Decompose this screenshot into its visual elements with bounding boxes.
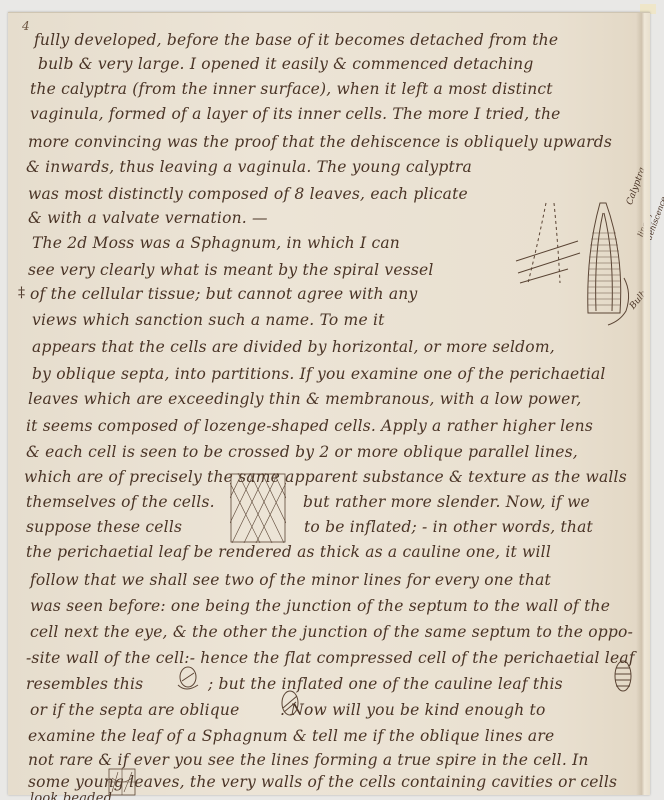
text-line-21: the perichaetial leaf be rendered as thi… [26,543,551,561]
flat-cell-sketch [176,665,204,693]
text-line-29: not rare & if ever you see the lines for… [28,751,589,769]
text-line-19a: themselves of the cells. [26,493,215,511]
text-line-26a: resembles this [26,675,143,693]
text-line-22: follow that we shall see two of the mino… [30,571,551,589]
text-line-10: see very clearly what is meant by the sp… [28,261,434,279]
margin-mark: ‡ [18,285,25,301]
dehiscence-label: line of dehiscence [636,192,664,241]
text-line-13: appears that the cells are divided by ho… [32,338,555,356]
text-line-6: & inwards, thus leaving a vaginula. The … [26,158,472,176]
text-line-18: which are of precisely the same apparent… [24,468,627,486]
text-line-27b: . Now will you be kind enough to [280,701,545,719]
inflated-cell-sketch [612,658,634,698]
text-line-20a: suppose these cells [26,518,182,536]
text-line-14: by oblique septa, into partitions. If yo… [32,365,606,383]
manuscript-page: 4 fully developed, before the base of it… [8,12,650,795]
calyptra-sketch [508,183,648,333]
text-line-17: & each cell is seen to be crossed by 2 o… [26,443,578,461]
text-line-23: was seen before: one being the junction … [30,597,610,615]
text-line-7: was most distinctly composed of 8 leaves… [28,185,468,203]
text-line-19b: but rather more slender. Now, if we [303,493,590,511]
text-line-9: The 2d Moss was a Sphagnum, in which I c… [32,234,400,252]
text-line-31: look beaded. [30,791,116,800]
text-line-24: cell next the eye, & the other the junct… [30,623,633,641]
text-line-28: examine the leaf of a Sphagnum & tell me… [28,727,554,745]
page-number: 4 [22,19,30,33]
oblique-septa-cell-sketch [278,688,304,718]
text-line-4: vaginula, formed of a layer of its inner… [30,105,561,123]
text-line-8: & with a valvate vernation. — [28,209,268,227]
text-line-25: -site wall of the cell:- hence the flat … [26,649,635,667]
text-line-11: of the cellular tissue; but cannot agree… [30,285,417,303]
text-line-27a: or if the septa are oblique [30,701,239,719]
text-line-1: fully developed, before the base of it b… [34,31,558,49]
text-line-2: bulb & very large. I opened it easily & … [38,55,533,73]
text-line-20b: to be inflated; - in other words, that [304,518,593,536]
text-line-3: the calyptra (from the inner surface), w… [30,80,553,98]
text-line-15: leaves which are exceedingly thin & memb… [28,390,582,408]
text-line-12: views which sanction such a name. To me … [32,311,385,329]
text-line-26b: ; but the inflated one of the cauline le… [208,675,563,693]
beaded-cells-sketch [108,768,136,796]
text-line-16: it seems composed of lozenge-shaped cell… [26,417,593,435]
text-line-5: more convincing was the proof that the d… [28,133,612,151]
lozenge-cells-sketch [230,473,286,543]
